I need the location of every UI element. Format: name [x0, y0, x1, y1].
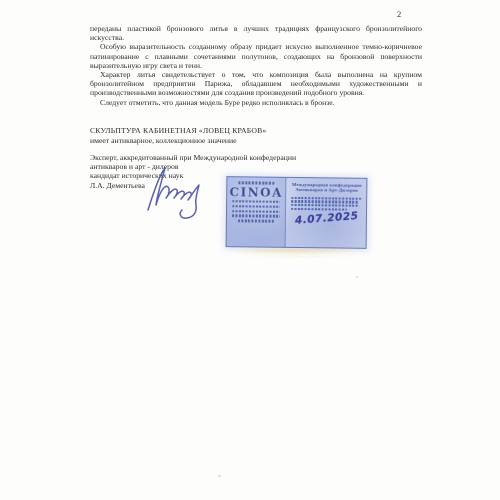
document-page: 2 переданы пластикой бронзового литья в … [0, 0, 500, 500]
conclusion-title: СКУЛЬПТУРА КАБИНЕТНАЯ «ЛОВЕЦ КРАБОВ» [90, 126, 430, 136]
conclusion-block: СКУЛЬПТУРА КАБИНЕТНАЯ «ЛОВЕЦ КРАБОВ» име… [90, 126, 430, 145]
paragraph: переданы пластикой бронзового литья в лу… [90, 24, 422, 42]
stamp-logo-text: CINOA [229, 186, 283, 199]
stamp-illegible-line [232, 205, 280, 208]
paragraph: Характер литья свидетельствует о том, чт… [90, 70, 422, 98]
scan-speck [218, 475, 221, 477]
organization-stamp: CINOA Международная конфедерация Антиква… [226, 176, 368, 249]
stamp-illegible-line [291, 208, 347, 211]
scan-speck [356, 276, 358, 278]
stamp-illegible-line [232, 215, 280, 218]
stamp-illegible-line [291, 204, 359, 207]
expert-line: Эксперт, аккредитованный при Международн… [90, 153, 350, 162]
stamp-right-panel: Международная конфедерация Антикваров и … [286, 178, 367, 248]
page-number: 2 [397, 9, 401, 19]
paragraph: Особую выразительность созданному образу… [90, 42, 422, 70]
handwritten-signature [142, 164, 224, 220]
stamp-illegible-line [291, 197, 361, 200]
stamp-handwritten-date: 4.07.2025 [294, 210, 358, 227]
stamp-illegible-line [238, 220, 274, 223]
stamp-illegible-line [291, 200, 359, 203]
conclusion-subtitle: имеет антикварное, коллекционное значени… [90, 136, 430, 146]
body-text: переданы пластикой бронзового литья в лу… [90, 24, 422, 107]
stamp-org-name-line: Антикваров и Арт-Дилеров [291, 187, 362, 193]
stamp-illegible-line [232, 210, 280, 213]
paragraph: Следует отметить, что данная модель Буре… [90, 98, 422, 107]
stamp-left-panel: CINOA [227, 177, 287, 247]
signature-ink [142, 164, 224, 220]
stamp-illegible-line [238, 182, 274, 185]
stamp-illegible-line [232, 200, 280, 203]
